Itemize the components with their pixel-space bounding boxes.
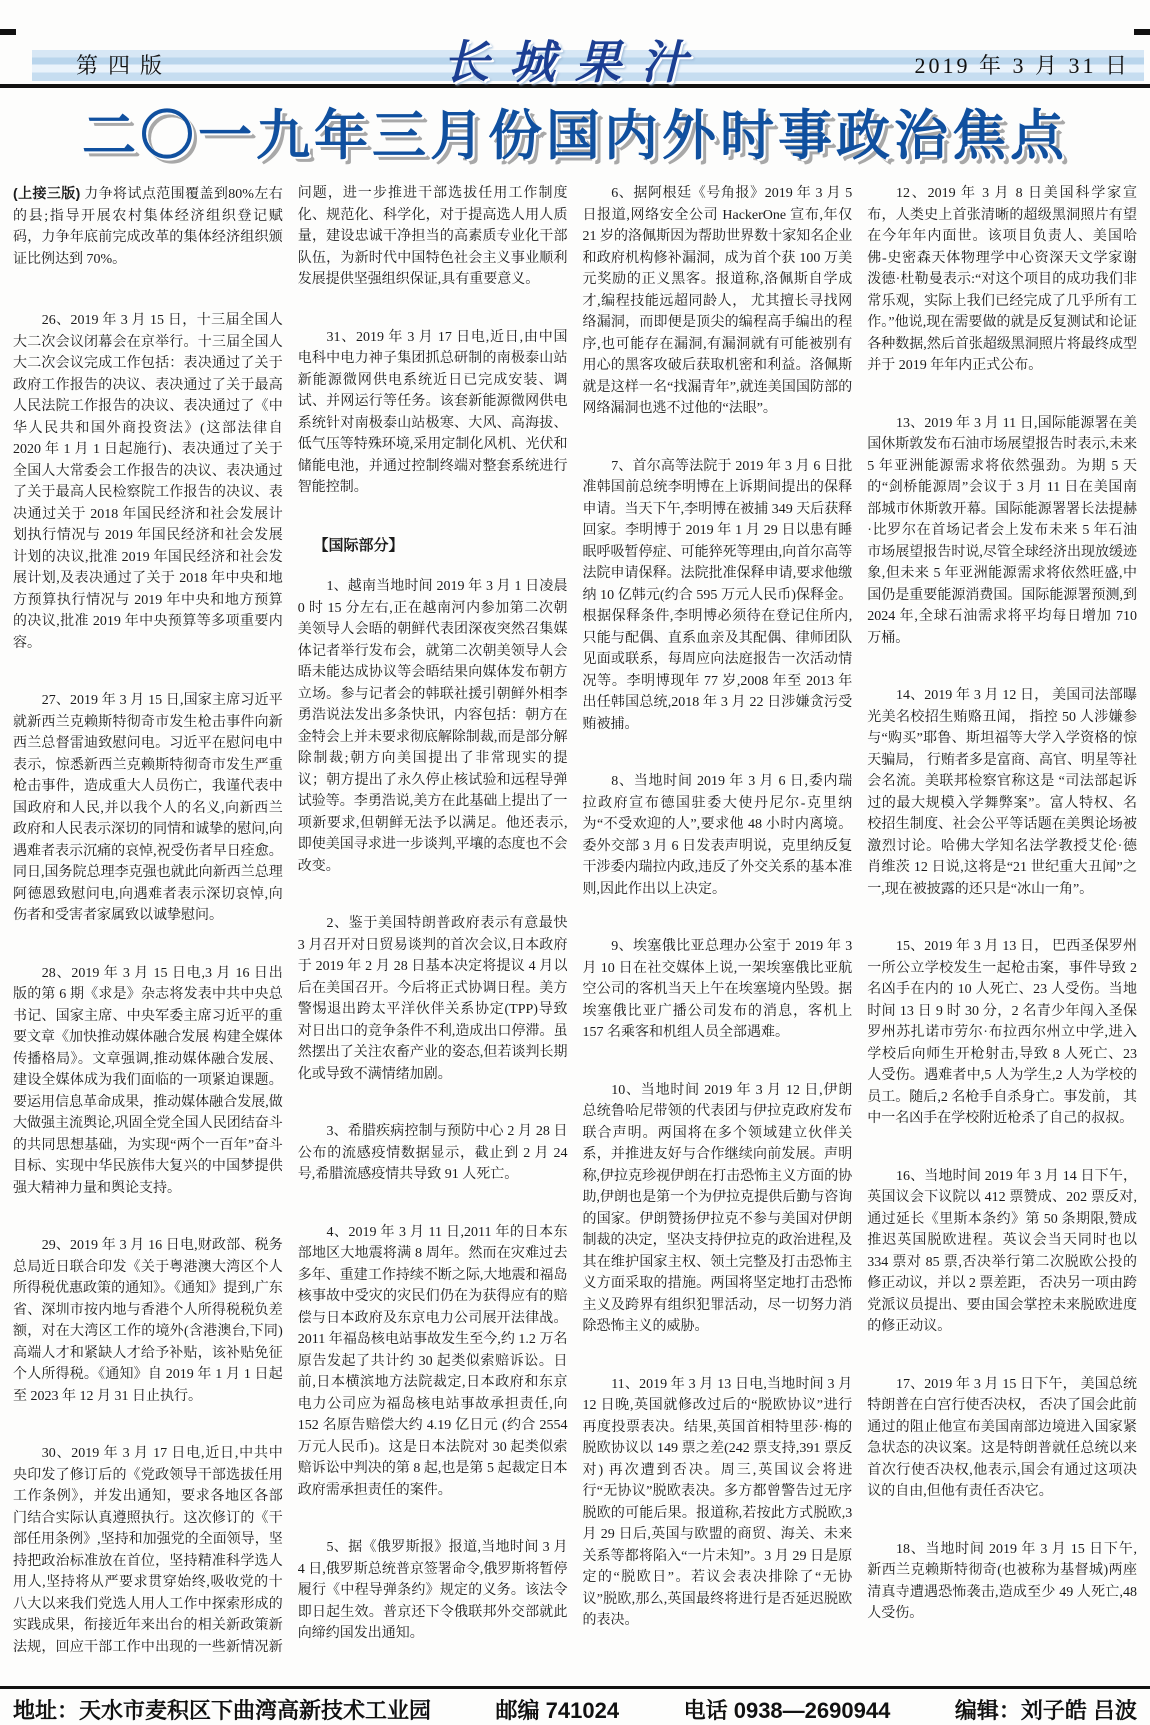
article-paragraph: 14、2019 年 3 月 12 日， 美国司法部曝光美名校招生贿赂丑闻， 指控… [867,685,1137,900]
footer-postcode: 邮编 741024 [496,1694,620,1725]
article-paragraph: (上接三版) 力争将试点范围覆盖到80%左右的县;指导开展农村集体经济组织登记赋… [13,183,283,270]
paragraph-text: 27、2019 年 3 月 15 日,国家主席习近平就新西兰克赖斯特彻奇市发生枪… [13,693,283,923]
article-columns: (上接三版) 力争将试点范围覆盖到80%左右的县;指导开展农村集体经济组织登记赋… [13,183,1137,1679]
article-paragraph: 9、埃塞俄比亚总理办公室于 2019 年 3 月 10 日在社交媒体上说,一架埃… [583,936,853,1044]
paragraph-text: 5、据《俄罗斯报》报道,当地时间 3 月 4 日,俄罗斯总统普京签署命令,俄罗斯… [298,1540,568,1641]
article-paragraph: 7、首尔高等法院于 2019 年 3 月 6 日批准韩国前总统李明博在上诉期间提… [583,456,853,736]
paragraph-text: 16、当地时间 2019 年 3 月 14 日下午， 英国议会下议院以 412 … [867,1169,1137,1335]
page-footer: 地址：天水市麦积区下曲湾高新技术工业园 邮编 741024 电话 0938—26… [13,1694,1137,1725]
article-paragraph: 13、2019 年 3 月 11 日,国际能源署在美国休斯敦发布石油市场展望报告… [867,413,1137,650]
paragraph-text: 10、当地时间 2019 年 3 月 12 日,伊朗总统鲁哈尼带领的代表团与伊拉… [583,1083,853,1335]
article-paragraph: 4、2019 年 3 月 11 日,2011 年的日本东部地区大地震将满 8 周… [298,1222,568,1502]
article-paragraph: 1、越南当地时间 2019 年 3 月 1 日凌晨 0 时 15 分左右,正在越… [298,576,568,877]
footer-address: 地址：天水市麦积区下曲湾高新技术工业园 [13,1694,431,1725]
article-paragraph: 28、2019 年 3 月 15 日电,3 月 16 日出版的第 6 期《求是》… [13,963,283,1200]
paragraph-text: 13、2019 年 3 月 11 日,国际能源署在美国休斯敦发布石油市场展望报告… [867,416,1137,646]
article-paragraph: 17、2019 年 3 月 15 日下午， 美国总统特朗普在白宫行使否决权， 否… [867,1374,1137,1503]
article-paragraph: 12、2019 年 3 月 8 日美国科学家宣布，人类史上首张清晰的超级黑洞照片… [867,183,1137,377]
paragraph-text: 14、2019 年 3 月 12 日， 美国司法部曝光美名校招生贿赂丑闻， 指控… [867,688,1137,897]
article-paragraph: 31、2019 年 3 月 17 日电,近日,由中国电科中电力神子集团抓总研制的… [298,327,568,499]
article-paragraph: 5、据《俄罗斯报》报道,当地时间 3 月 4 日,俄罗斯总统普京签署命令,俄罗斯… [298,1537,568,1645]
article-paragraph: 15、2019 年 3 月 13 日， 巴西圣保罗州一所公立学校发生一起枪击案，… [867,936,1137,1130]
paragraph-text: 18、当地时间 2019 年 3 月 15 日下午,新西兰克赖斯特彻奇(也被称为… [867,1542,1137,1622]
article-paragraph: 18、当地时间 2019 年 3 月 15 日下午,新西兰克赖斯特彻奇(也被称为… [867,1539,1137,1625]
article-paragraph: 2、鉴于美国特朗普政府表示有意最快 3 月召开对日贸易谈判的首次会议,日本政府于… [298,913,568,1085]
paragraph-text: 29、2019 年 3 月 16 日电,财政部、税务总局近日联合印发《关于粤港澳… [13,1238,283,1404]
article-paragraph: 26、2019 年 3 月 15 日，十三届全国人大二次会议闭幕会在京举行。十三… [13,310,283,654]
continued-from-label: (上接三版) [13,185,80,201]
paragraph-text: 9、埃塞俄比亚总理办公室于 2019 年 3 月 10 日在社交媒体上说,一架埃… [583,939,853,1040]
paragraph-text: 1、越南当地时间 2019 年 3 月 1 日凌晨 0 时 15 分左右,正在越… [298,579,568,874]
paragraph-text: 11、2019 年 3 月 13 日电,当地时间 3 月 12 日晚,英国就修改… [583,1377,853,1629]
article-paragraph: 16、当地时间 2019 年 3 月 14 日下午， 英国议会下议院以 412 … [867,1166,1137,1338]
article-paragraph: 3、希腊疾病控制与预防中心 2 月 28 日公布的流感疫情数据显示，截止到 2 … [298,1121,568,1186]
paragraph-text: 15、2019 年 3 月 13 日， 巴西圣保罗州一所公立学校发生一起枪击案，… [867,939,1137,1126]
article-paragraph: 29、2019 年 3 月 16 日电,财政部、税务总局近日联合印发《关于粤港澳… [13,1235,283,1407]
article-paragraph: 11、2019 年 3 月 13 日电,当地时间 3 月 12 日晚,英国就修改… [583,1374,853,1632]
newspaper-page: 第四版 2019 年 3 月 31 日 长城果汁 二〇一九年三月份国内外时事政治… [0,0,1150,1725]
paragraph-text: 17、2019 年 3 月 15 日下午， 美国总统特朗普在白宫行使否决权， 否… [867,1377,1137,1500]
article-paragraph: 6、据阿根廷《号角报》2019 年 3 月 5 日报道,网络安全公司 Hacke… [583,183,853,420]
article-paragraph: 8、当地时间 2019 年 3 月 6 日,委内瑞拉政府宣布德国驻委大使丹尼尔-… [583,771,853,900]
paragraph-text: 31、2019 年 3 月 17 日电,近日,由中国电科中电力神子集团抓总研制的… [298,330,568,496]
footer-phone: 电话 0938—2690944 [684,1694,891,1725]
paragraph-text: 7、首尔高等法院于 2019 年 3 月 6 日批准韩国前总统李明博在上诉期间提… [583,459,853,732]
paragraph-text: 4、2019 年 3 月 11 日,2011 年的日本东部地区大地震将满 8 周… [298,1225,568,1498]
masthead-title: 长城果汁 [0,26,1150,92]
paragraph-text: 8、当地时间 2019 年 3 月 6 日,委内瑞拉政府宣布德国驻委大使丹尼尔-… [583,774,853,897]
paragraph-text: 2、鉴于美国特朗普政府表示有意最快 3 月召开对日贸易谈判的首次会议,日本政府于… [298,916,568,1082]
paragraph-text: 12、2019 年 3 月 8 日美国科学家宣布，人类史上首张清晰的超级黑洞照片… [867,186,1137,373]
footer-editors: 编辑：刘子皓 吕波 [955,1694,1137,1725]
article-paragraph: 27、2019 年 3 月 15 日,国家主席习近平就新西兰克赖斯特彻奇市发生枪… [13,690,283,927]
paragraph-text: 6、据阿根廷《号角报》2019 年 3 月 5 日报道,网络安全公司 Hacke… [583,186,853,416]
footer-divider-rule [0,1686,1150,1689]
paragraph-text: 【国际部分】 [314,537,404,554]
article-paragraph: 【国际部分】 [298,535,568,557]
paragraph-text: 28、2019 年 3 月 15 日电,3 月 16 日出版的第 6 期《求是》… [13,966,283,1196]
paragraph-text: 26、2019 年 3 月 15 日，十三届全国人大二次会议闭幕会在京举行。十三… [13,313,283,651]
paragraph-text: 3、希腊疾病控制与预防中心 2 月 28 日公布的流感疫情数据显示，截止到 2 … [298,1124,568,1182]
article-paragraph: 10、当地时间 2019 年 3 月 12 日,伊朗总统鲁哈尼带领的代表团与伊拉… [583,1080,853,1338]
main-headline: 二〇一九年三月份国内外时事政治焦点 [0,93,1150,170]
